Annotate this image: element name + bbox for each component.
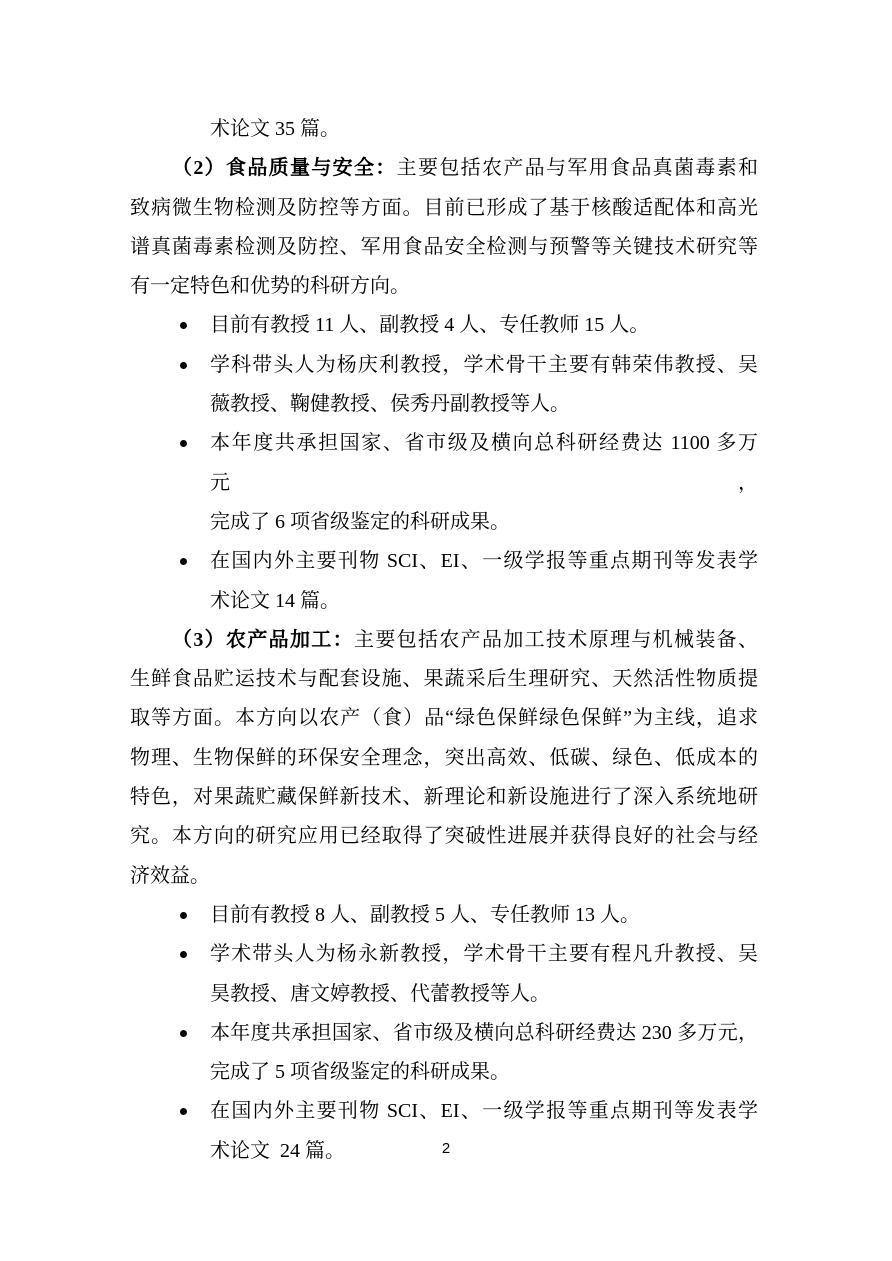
document-page: 术论文 35 篇。 （2）食品质量与安全：主要包括农产品与军用食品真菌毒素和 致… bbox=[0, 0, 892, 1261]
section-2-heading-line: （2）食品质量与安全：主要包括农产品与军用食品真菌毒素和 bbox=[130, 149, 758, 188]
bullet-icon bbox=[180, 1030, 187, 1037]
bullet-text: 学术带头人为杨永新教授，学术骨干主要有程凡升教授、吴 bbox=[210, 943, 758, 965]
bullet-icon bbox=[180, 1108, 187, 1115]
bullet-icon bbox=[180, 322, 187, 329]
section-2-intro-line-3: 谱真菌毒素检测及防控、军用食品安全检测与预警等关键技术研究等 bbox=[130, 228, 758, 267]
section-2-bullet-4-continuation: 术论文 14 篇。 bbox=[130, 582, 758, 621]
section-3-intro-line-6: 究。本方向的研究应用已经取得了突破性进展并获得良好的社会与经 bbox=[130, 817, 758, 856]
section-3-intro-line-2: 生鲜食品贮运技术与配套设施、果蔬采后生理研究、天然活性物质提 bbox=[130, 660, 758, 699]
section-3-intro-line-3: 取等方面。本方向以农产（食）品“绿色保鲜绿色保鲜”为主线，追求 bbox=[130, 699, 758, 738]
section-2-bullet-2-continuation: 薇教授、鞠健教授、侯秀丹副教授等人。 bbox=[130, 385, 758, 424]
section-3-bullet-1: 目前有教授 8 人、副教授 5 人、专任教师 13 人。 bbox=[130, 896, 758, 935]
section-3-bullet-3-continuation: 完成了 5 项省级鉴定的科研成果。 bbox=[130, 1053, 758, 1092]
section-2-heading: （2）食品质量与安全： bbox=[172, 157, 397, 179]
bullet-icon bbox=[180, 951, 187, 958]
section-2-bullet-3: 本年度共承担国家、省市级及横向总科研经费达 1100 多万元， bbox=[130, 424, 758, 503]
section-3-bullet-3: 本年度共承担国家、省市级及横向总科研经费达 230 多万元， bbox=[130, 1014, 758, 1053]
section-2-bullet-2: 学科带头人为杨庆利教授，学术骨干主要有韩荣伟教授、吴 bbox=[130, 346, 758, 385]
section-3-bullet-4: 在国内外主要刊物 SCI、EI、一级学报等重点期刊等发表学 bbox=[130, 1092, 758, 1131]
section-2-bullet-1: 目前有教授 11 人、副教授 4 人、专任教师 15 人。 bbox=[130, 306, 758, 345]
bullet-text: 目前有教授 11 人、副教授 4 人、专任教师 15 人。 bbox=[210, 314, 649, 336]
bullet-text: 本年度共承担国家、省市级及横向总科研经费达 230 多万元， bbox=[210, 1022, 758, 1044]
section-3-intro-line-1: 主要包括农产品加工技术原理与机械装备、 bbox=[354, 629, 758, 651]
page-number: 2 bbox=[0, 1140, 892, 1157]
section-3-heading: （3）农产品加工： bbox=[172, 629, 354, 651]
section-2-intro-line-1: 主要包括农产品与军用食品真菌毒素和 bbox=[397, 157, 758, 179]
section-2-bullet-3-continuation: 完成了 6 项省级鉴定的科研成果。 bbox=[130, 503, 758, 542]
bullet-text: 目前有教授 8 人、副教授 5 人、专任教师 13 人。 bbox=[210, 904, 640, 926]
section-3-bullet-2: 学术带头人为杨永新教授，学术骨干主要有程凡升教授、吴 bbox=[130, 935, 758, 974]
bullet-icon bbox=[180, 362, 187, 369]
section-2-intro-line-4: 有一定特色和优势的科研方向。 bbox=[130, 267, 758, 306]
section-3-heading-line: （3）农产品加工：主要包括农产品加工技术原理与机械装备、 bbox=[130, 621, 758, 660]
bullet-icon bbox=[180, 558, 187, 565]
section-3-bullet-2-continuation: 昊教授、唐文婷教授、代蕾教授等人。 bbox=[130, 975, 758, 1014]
document-body: 术论文 35 篇。 （2）食品质量与安全：主要包括农产品与军用食品真菌毒素和 致… bbox=[130, 110, 758, 1171]
bullet-text: 本年度共承担国家、省市级及横向总科研经费达 1100 多万元， bbox=[210, 432, 758, 493]
bullet-icon bbox=[180, 440, 187, 447]
section-3-intro-line-7: 济效益。 bbox=[130, 857, 758, 896]
section-3-intro-line-4: 物理、生物保鲜的环保安全理念，突出高效、低碳、绿色、低成本的 bbox=[130, 739, 758, 778]
section-3-intro-line-5: 特色，对果蔬贮藏保鲜新技术、新理论和新设施进行了深入系统地研 bbox=[130, 778, 758, 817]
bullet-text: 在国内外主要刊物 SCI、EI、一级学报等重点期刊等发表学 bbox=[210, 1100, 758, 1122]
bullet-text: 在国内外主要刊物 SCI、EI、一级学报等重点期刊等发表学 bbox=[210, 550, 758, 572]
carryover-line: 术论文 35 篇。 bbox=[130, 110, 758, 149]
section-2-bullet-4: 在国内外主要刊物 SCI、EI、一级学报等重点期刊等发表学 bbox=[130, 542, 758, 581]
bullet-text: 学科带头人为杨庆利教授，学术骨干主要有韩荣伟教授、吴 bbox=[210, 354, 758, 376]
section-2-intro-line-2: 致病微生物检测及防控等方面。目前已形成了基于核酸适配体和高光 bbox=[130, 189, 758, 228]
bullet-icon bbox=[180, 912, 187, 919]
